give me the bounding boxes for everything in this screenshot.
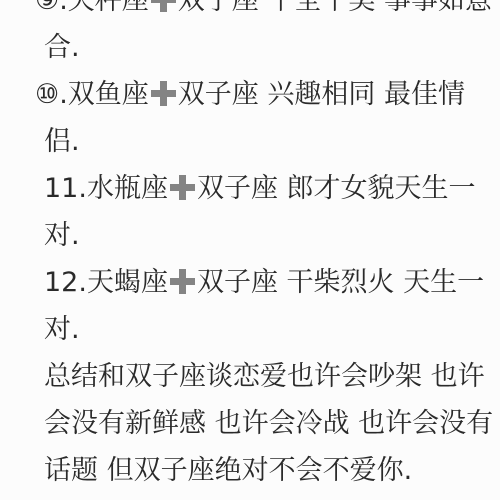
match-pre-text: ⑨.天秤座 xyxy=(35,0,149,16)
match-line-libra-gemini: ⑨.天秤座双子座 十全十美 事事如意 xyxy=(35,0,496,24)
plus-icon xyxy=(170,175,195,200)
page-canvas: ⑨.天秤座双子座 十全十美 事事如意 合. ⑩.双鱼座双子座 兴趣相同 最佳情 … xyxy=(0,0,500,500)
match-post-text: 双子座 十全十美 事事如意 xyxy=(178,0,492,16)
wrap-line-scorpio-gemini: 对. xyxy=(44,306,496,353)
zodiac-compatibility-text: ⑨.天秤座双子座 十全十美 事事如意 合. ⑩.双鱼座双子座 兴趣相同 最佳情 … xyxy=(44,0,496,494)
match-line-aquarius-gemini: 11.水瓶座双子座 郎才女貌天生一 xyxy=(44,165,496,212)
summary-line-3: 话题 但双子座绝对不会不爱你. xyxy=(44,447,496,494)
wrap-text: 对. xyxy=(44,314,80,345)
match-line-scorpio-gemini: 12.天蝎座双子座 干柴烈火 天生一 xyxy=(44,259,496,306)
wrap-text: 对. xyxy=(44,220,80,251)
wrap-text: 侣. xyxy=(44,126,80,157)
match-post-text: 双子座 郎才女貌天生一 xyxy=(197,173,476,204)
plus-icon xyxy=(170,269,195,294)
plus-icon xyxy=(151,0,176,12)
wrap-text: 合. xyxy=(44,32,80,63)
match-post-text: 双子座 兴趣相同 最佳情 xyxy=(178,79,465,110)
wrap-line-pisces-gemini: 侣. xyxy=(44,118,496,165)
summary-text: 话题 但双子座绝对不会不爱你. xyxy=(44,455,412,486)
match-pre-text: ⑩.双鱼座 xyxy=(35,79,149,110)
summary-line-2: 会没有新鲜感 也许会冷战 也许会没有 xyxy=(44,400,496,447)
match-pre-text: 11.水瓶座 xyxy=(44,173,168,204)
summary-text: 总结和双子座谈恋爱也许会吵架 也许 xyxy=(44,361,485,392)
wrap-line-libra-gemini: 合. xyxy=(44,24,496,71)
match-post-text: 双子座 干柴烈火 天生一 xyxy=(197,267,484,298)
match-pre-text: 12.天蝎座 xyxy=(44,267,168,298)
match-line-pisces-gemini: ⑩.双鱼座双子座 兴趣相同 最佳情 xyxy=(35,71,496,118)
wrap-line-aquarius-gemini: 对. xyxy=(44,212,496,259)
summary-text: 会没有新鲜感 也许会冷战 也许会没有 xyxy=(44,408,493,439)
summary-line-1: 总结和双子座谈恋爱也许会吵架 也许 xyxy=(44,353,496,400)
plus-icon xyxy=(151,81,176,106)
